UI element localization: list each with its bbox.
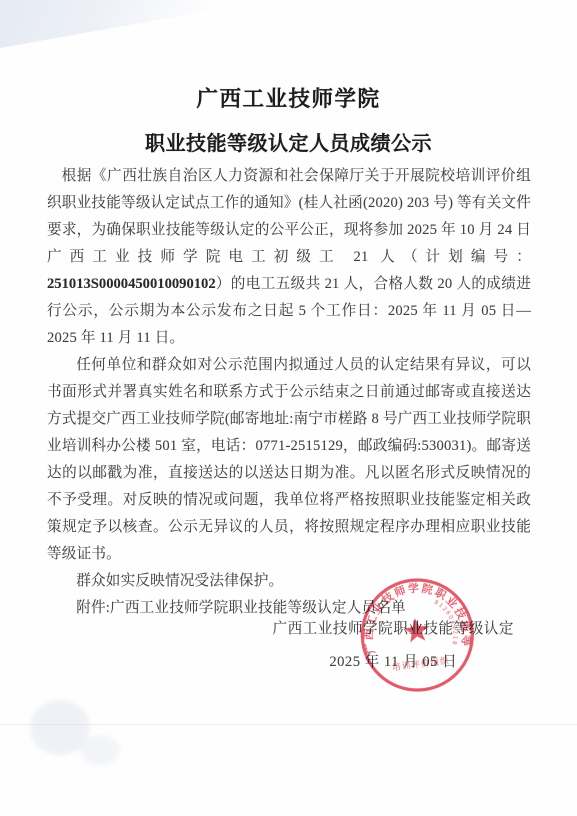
scan-artifact-line <box>0 724 577 725</box>
seal-bottom-text: 培训评价组织 <box>392 654 450 672</box>
paragraph-basis-text: 根据《广西壮族自治区人力资源和社会保障厅关于开展院校培训评价组织职业技能等级认定… <box>47 168 531 265</box>
document-body: 根据《广西壮族自治区人力资源和社会保障厅关于开展院校培训评价组织职业技能等级认定… <box>47 163 531 622</box>
paragraph-basis: 根据《广西壮族自治区人力资源和社会保障厅关于开展院校培训评价组织职业技能等级认定… <box>47 163 531 352</box>
seal-star-icon <box>403 617 430 643</box>
official-seal-graphic: 广西工业技师学院职业技能等级认定专用章 8126040218 培训评价组织 <box>350 566 485 704</box>
document-title-line1: 广西工业技师学院 <box>0 82 577 113</box>
scanned-document-page: 广西工业技师学院 职业技能等级认定人员成绩公示 根据《广西壮族自治区人力资源和社… <box>0 0 577 816</box>
scan-artifact-wedge <box>0 0 270 48</box>
scan-artifact-speck <box>80 735 120 765</box>
official-seal: 广西工业技师学院职业技能等级认定专用章 8126040218 培训评价组织 <box>350 566 485 704</box>
document-title-line2: 职业技能等级认定人员成绩公示 <box>0 127 577 156</box>
paragraph-objection: 任何单位和群众如对公示范围内拟通过人员的认定结果有异议，可以书面形式并署真实姓名… <box>47 352 531 568</box>
plan-number: 251013S0000450010090102 <box>47 276 216 292</box>
